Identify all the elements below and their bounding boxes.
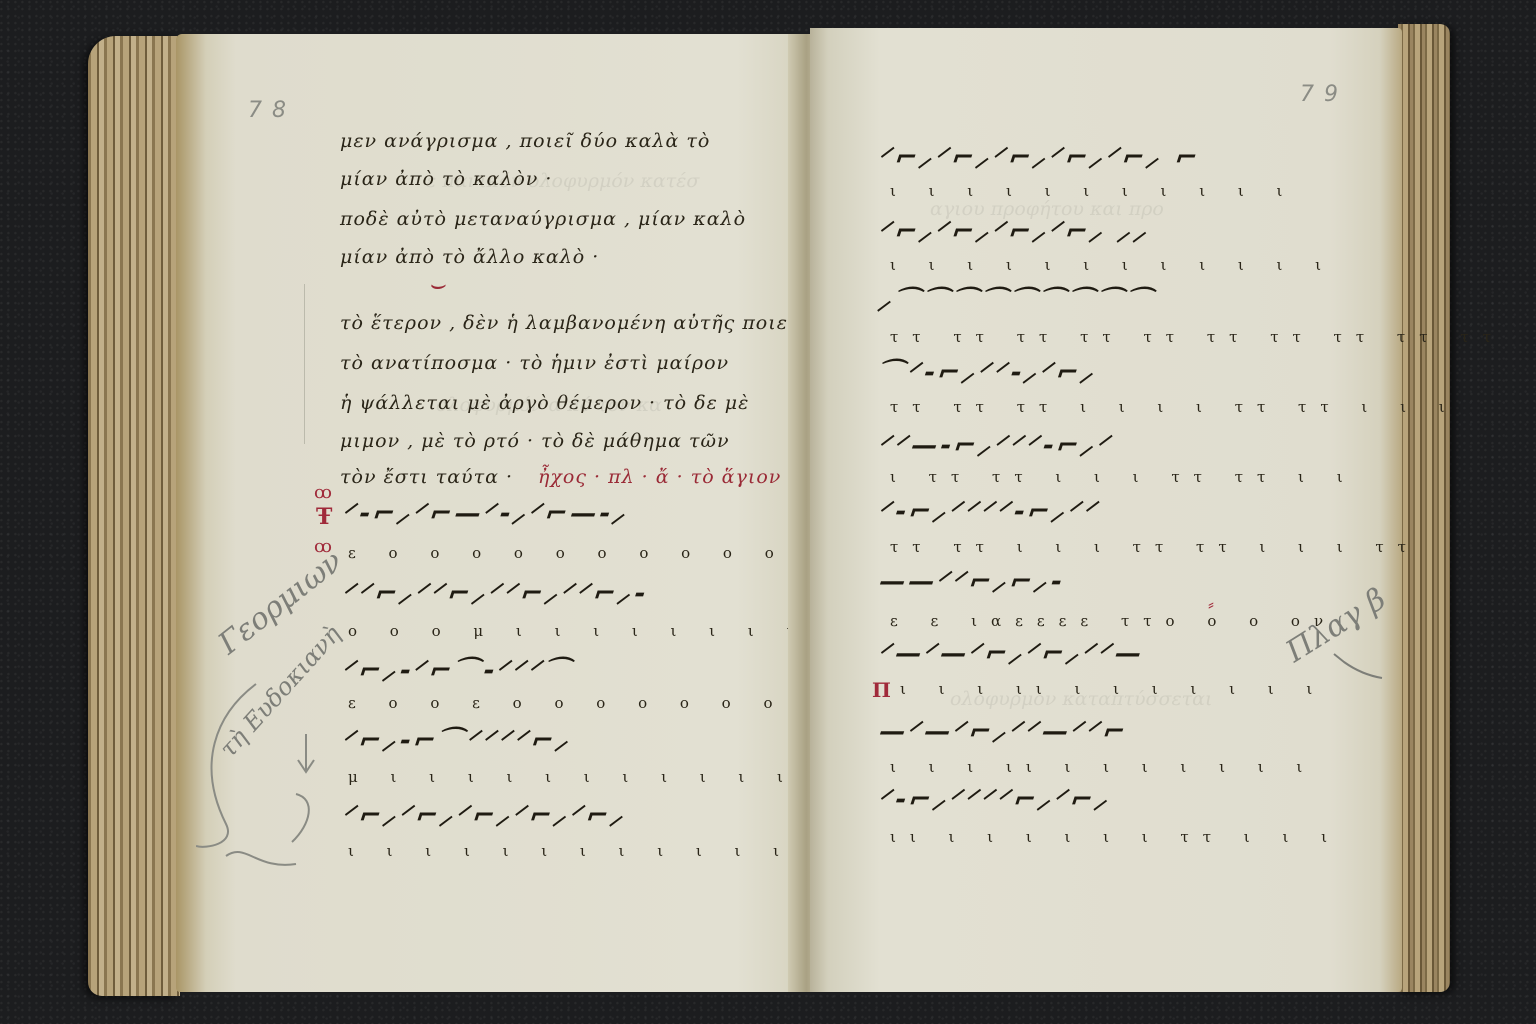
neume-row-9: —⸍—⸍⌐⸝⸍⸍—⸍⸍⌐ (874, 712, 1134, 748)
neume-row-2: ⸍⌐⸝⸍⌐⸝⸍⌐⸝⸍⌐⸝ ⸝⸝ (874, 212, 1157, 248)
syllable-row-2: ι ι ι ι ι ι ι ι ι ι ι ι (890, 256, 1335, 274)
neume-row-3: ⸍⌐⸝‐⸍⌐⌒‐⸍⸍⸍⌒ (338, 650, 581, 687)
neume-row-6: ⸍‐⌐⸝⸍⸍⸍⸍‐⌐⸝⸍⸍ (874, 492, 1107, 528)
syllable-row-4: ττ ττ ττ ι ι ι ι ττ ττ ι ι ι (890, 398, 1459, 416)
text-line-4: μίαν ἀπὸ τὸ ἄλλο καλὸ · (340, 246, 599, 268)
neume-row-7: ——⸍⸍⌐⸝⌐⸝‐ (874, 562, 1071, 598)
syllable-row-7: ε ε ιαεεεε ττο ο ο ον (890, 612, 1337, 630)
neume-row-5: ⸍⌐⸝⸍⌐⸝⸍⌐⸝⸍⌐⸝⸍⌐⸝ (338, 796, 634, 832)
neume-row-10: ⸍‐⌐⸝⸍⸍⸍⸍⌐⸝⸍⌐⸝ (874, 780, 1118, 816)
red-phthora-marker: ⸗ (1208, 594, 1214, 615)
text-line-2: μίαν ἀπὸ τὸ καλὸν · (340, 168, 552, 190)
syllable-row-9: ι ι ι ιι ι ι ι ι ι ι ι (890, 758, 1316, 776)
syllable-row-1: ι ι ι ι ι ι ι ι ι ι ι (890, 182, 1296, 200)
text-line-8: μιμον , μὲ τὸ ρτό · τὸ δὲ μάθημα τῶν (340, 430, 730, 452)
right-fore-edge (1398, 24, 1450, 992)
syllable-row-10: ιι ι ι ι ι ι ι ττ ι ι ι (890, 828, 1341, 846)
syllable-row-4: μ ι ι ι ι ι ι ι ι ι ι ι (348, 768, 797, 786)
neume-row-5: ⸍⸍—‐⌐⸝⸍⸍⸍‐⌐⸝⸍ (874, 426, 1120, 462)
syllable-row-3: ττ ττ ττ ττ ττ ττ ττ ττ ττ ττ (890, 328, 1505, 346)
neume-row-8: ⸍—⸍—⸍⌐⸝⸍⌐⸝⸍⸍— (874, 634, 1150, 670)
syllable-row-5: ι ττ ττ ι ι ι ττ ττ ι ι (890, 468, 1357, 486)
left-fore-edge (88, 36, 180, 996)
pencil-margin-line (304, 284, 305, 444)
neume-row-3: ⸝⌒⌒⌒⌒⌒⌒⌒⌒⌒ (874, 280, 1163, 317)
neume-row-2: ⸍⸍⌐⸝⸍⸍⌐⸝⸍⸍⌐⸝⸍⸍⌐⸝‐ (338, 574, 655, 610)
text-line-9: τὸν ἔστι ταύτα · (340, 466, 513, 488)
rubric-mode-signature: ἦχος · πλ · ἄ · τὸ ἅγιον (538, 466, 781, 488)
neume-row-4: ⸍⌐⸝‐⌐⌒⸍⸍⸍⸍⌐⸝ (338, 720, 579, 757)
text-line-5: τὸ ἕτερον , δὲν ἡ λαμβανομένη αὐτῆς ποιε… (340, 312, 796, 334)
rubric-divider: ⌣ (428, 270, 446, 301)
text-line-1: μεν ανάγρισμα , ποιεῖ δύο καλὰ τὸ (340, 130, 710, 152)
left-page: 78 ε πανικόν ολοφυρμόν κατέσ ολοφυρμόν α… (176, 34, 808, 992)
text-line-3: ποδὲ αὐτὸ μεταναύγρισμα , μίαν καλὸ (340, 208, 746, 230)
syllable-row-6: ττ ττ ι ι ι ττ ττ ι ι ι ττ (890, 538, 1420, 556)
margin-marker-phthora: Ŧ (316, 504, 332, 530)
text-line-6: τὸ ανατίποσμα · τὸ ἡμιν ἐστὶ μαίρον (340, 352, 729, 374)
pencil-bracket-icon (196, 674, 326, 874)
text-line-7: ἡ ψάλλεται μὲ ἀργὸ θέμερον · τὸ δε μὲ (340, 392, 749, 414)
folio-number-right: 79 (1300, 82, 1348, 107)
folio-number-left: 78 (248, 98, 296, 123)
margin-marker-ornament: ꝏ (314, 482, 332, 503)
right-page: 79 αγιου προφήτου και προ ολοφυρμον κατα… (810, 28, 1402, 992)
pencil-mark-icon (1330, 648, 1390, 688)
neume-row-1: ⸍‐⌐⸝⸍⌐—⸍‐⸝⸍⌐—‐⸝ (338, 494, 635, 530)
syllable-row-8: ι ι ι ιι ι ι ι ι ι ι ι (900, 680, 1326, 698)
open-manuscript: 78 ε πανικόν ολοφυρμόν κατέσ ολοφυρμόν α… (88, 24, 1450, 1008)
neume-row-4: ⌒⸍‐⌐⸝⸍⸍‐⸝⸍⌐⸝ (874, 352, 1104, 389)
neume-row-1: ⸍⌐⸝⸍⌐⸝⸍⌐⸝⸍⌐⸝⸍⌐⸝ ⌐ (874, 138, 1206, 174)
red-mode-marker: Π (872, 678, 891, 702)
